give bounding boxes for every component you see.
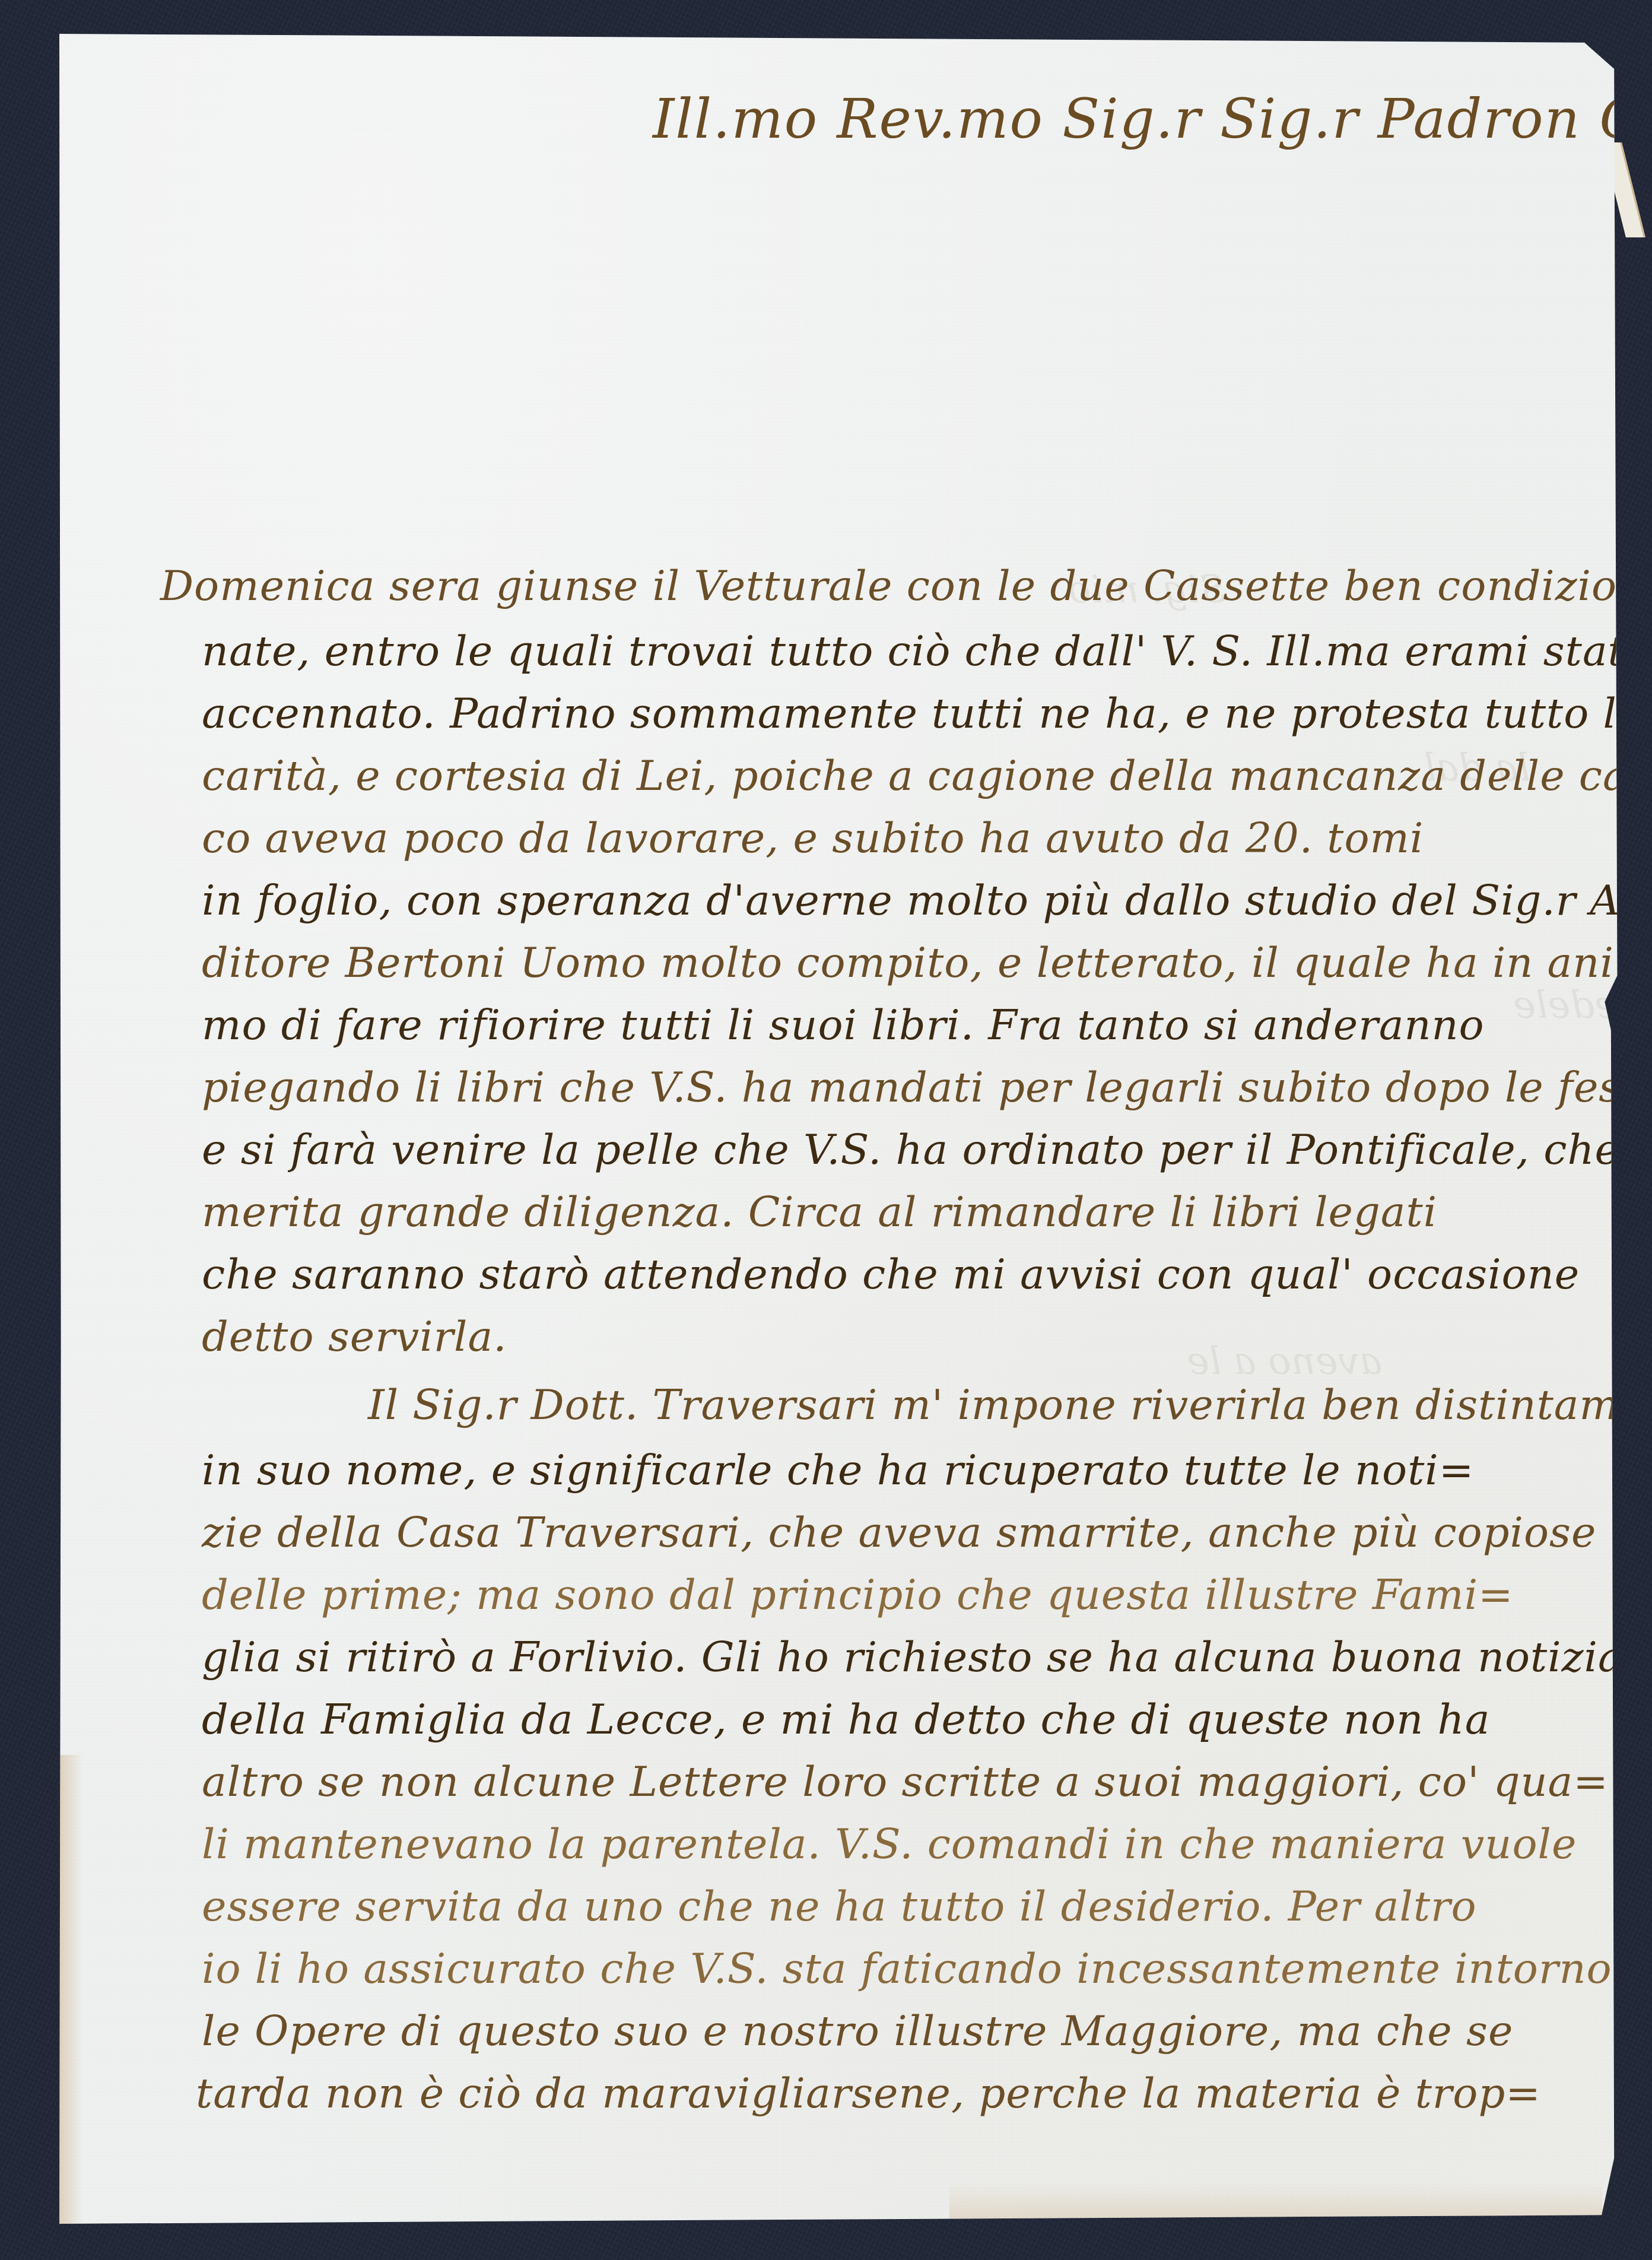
letter-line: co aveva poco da lavorare, e subito ha a… — [202, 817, 1424, 859]
letter-line: piegando li libri che V.S. ha mandati pe… — [202, 1066, 1652, 1108]
letter-line: li mantenevano la parentela. V.S. comand… — [202, 1823, 1577, 1865]
letter-line: in suo nome, e significarle che ha ricup… — [202, 1449, 1474, 1491]
letter-line: nate, entro le quali trovai tutto ciò ch… — [202, 630, 1651, 672]
letter-line: ditore Bertoni Uomo molto compito, e let… — [202, 942, 1649, 983]
letter-line: che saranno starò attendendo che mi avvi… — [202, 1253, 1580, 1295]
letter-salutation: Ill.mo Rev.mo Sig.r Sig.r Padron Col.mo. — [653, 87, 1652, 151]
letter-line: Domenica sera giunse il Vetturale con le… — [160, 565, 1652, 607]
letter-line: accennato. Padrino sommamente tutti ne h… — [202, 693, 1652, 734]
paper-stain — [59, 1755, 83, 2224]
letter-line: le Opere di questo suo e nostro illustre… — [202, 2010, 1513, 2052]
letter-line: della Famiglia da Lecce, e mi ha detto c… — [202, 1699, 1490, 1740]
letter-line: merita grande diligenza. Circa al rimand… — [202, 1191, 1437, 1233]
letter-line: in foglio, con speranza d'averne molto p… — [202, 880, 1652, 921]
letter-line: essere servita da uno che ne ha tutto il… — [202, 1886, 1477, 1927]
letter-line: detto servirla. — [202, 1316, 507, 1357]
ink-bleed-through: aveno a le — [1187, 1340, 1382, 1383]
letter-line: altro se non alcune Lettere loro scritte… — [202, 1761, 1609, 1802]
letter-line: carità, e cortesia di Lei, poiche a cagi… — [202, 755, 1652, 796]
letter-line: Il Sig.r Dott. Traversari m' impone rive… — [368, 1384, 1652, 1426]
letter-line: e si farà venire la pelle che V.S. ha or… — [202, 1129, 1620, 1170]
letter-line: tarda non è ciò da maravigliarsene, perc… — [196, 2072, 1541, 2114]
letter-line: glia si ritirò a Forlivio. Gli ho richie… — [202, 1636, 1624, 1678]
letter-line: delle prime; ma sono dal principio che q… — [202, 1574, 1514, 1615]
letter-line: mo di fare rifiorire tutti li suoi libri… — [202, 1004, 1485, 1046]
letter-line: io li ho assicurato che V.S. sta fatican… — [202, 1948, 1612, 1989]
letter-line: zie della Casa Traversari, che aveva sma… — [202, 1512, 1596, 1553]
letter-page: Sig. mio la dal fedele aveno a le Ill.mo… — [59, 34, 1624, 2224]
